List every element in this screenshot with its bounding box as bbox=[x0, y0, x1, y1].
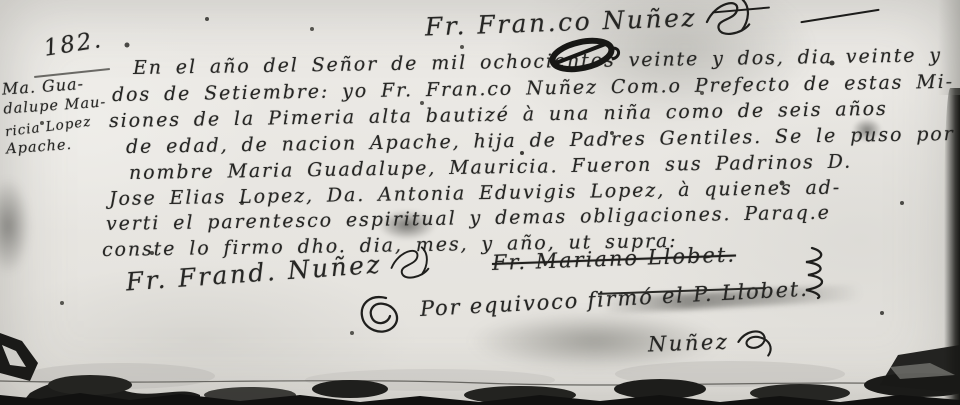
header-rubric-flourish bbox=[700, 0, 760, 43]
ink-dash-mark bbox=[800, 9, 879, 23]
signature-rubric-flourish bbox=[385, 240, 438, 287]
edge-stain bbox=[0, 178, 30, 274]
torn-edge bbox=[0, 318, 960, 405]
ink-speck-field bbox=[0, 0, 2, 2]
margin-name-note: Ma. Gua- dalupe Mau- ricia Lopez Apache. bbox=[1, 73, 109, 160]
correction-note: Por equivoco firmó el P. Llobet. bbox=[419, 277, 809, 321]
correction-note-text: Por equivoco firmó el P. Llobet. bbox=[419, 277, 809, 321]
baptism-record-scan: Fr. Fran.co Nuñez 182. Ma. Gua- dalupe M… bbox=[0, 0, 960, 405]
page-corner-shade bbox=[938, 0, 960, 95]
ink-blot bbox=[538, 33, 626, 77]
entry-number: 182. bbox=[42, 27, 105, 62]
